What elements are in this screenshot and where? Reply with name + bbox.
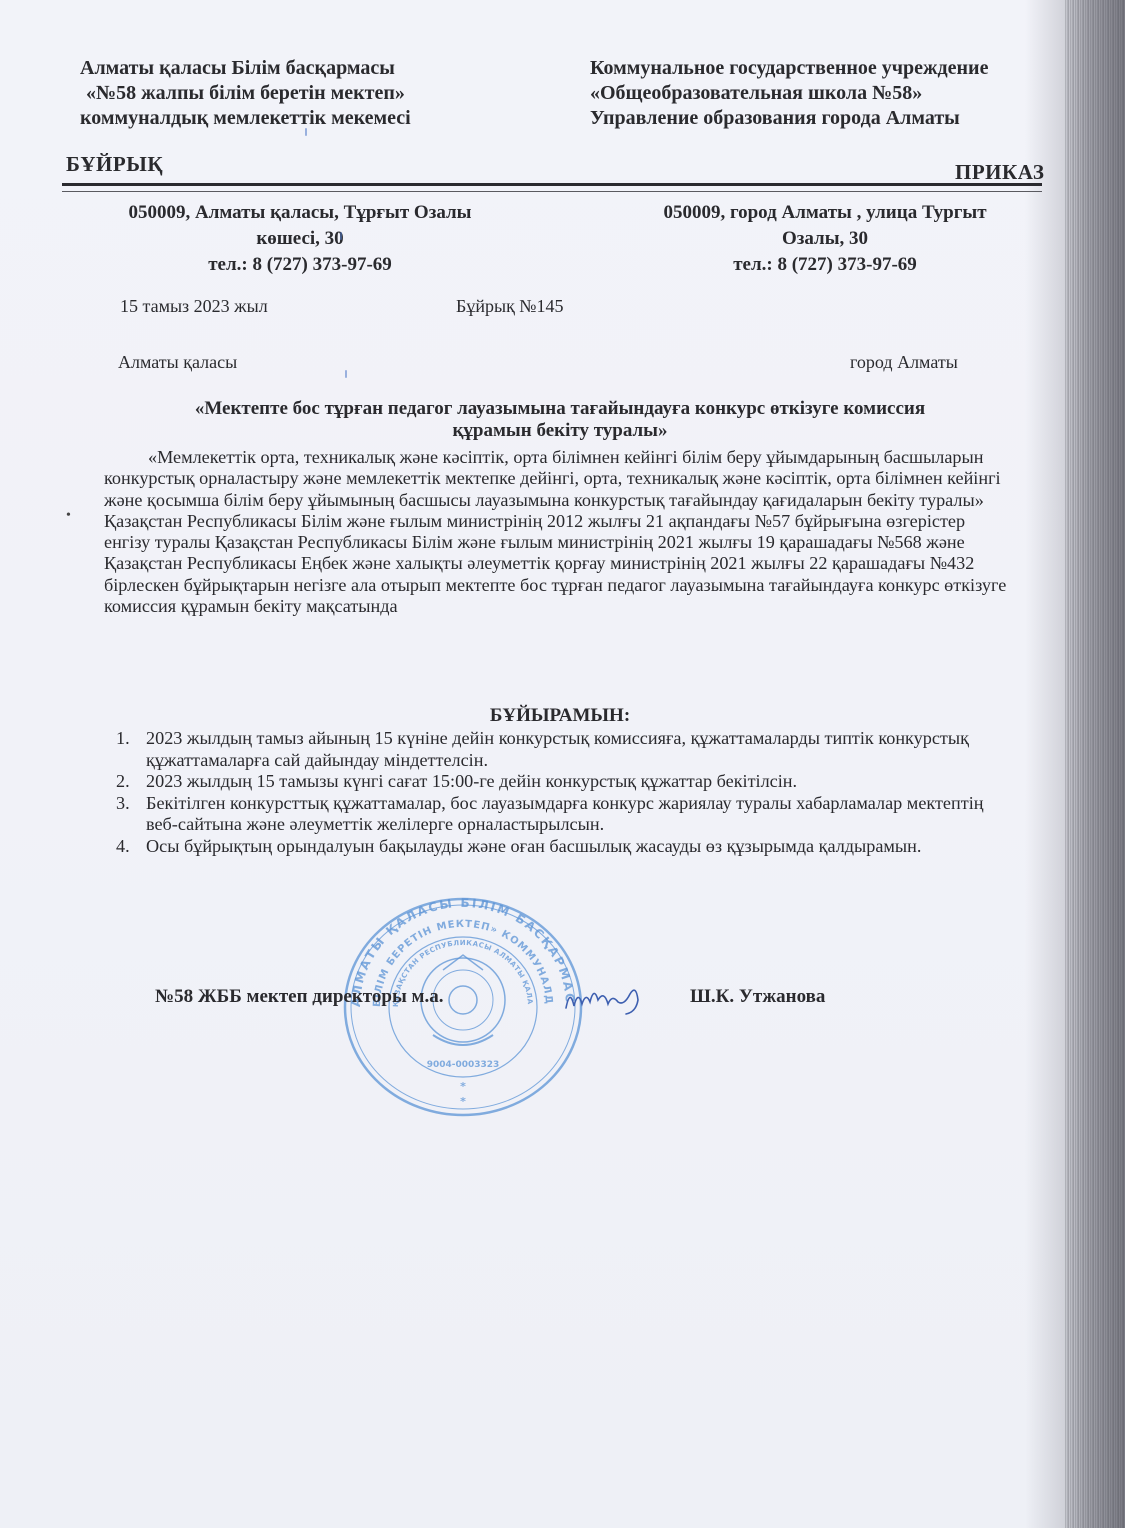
decree-item: 4. Осы бұйрықтың орындалуын бақылауды жә… (110, 836, 1010, 858)
address-line: тел.: 8 (727) 373-97-69 (75, 252, 525, 278)
address-line: 050009, город Алматы , улица Тургыт (605, 200, 1045, 226)
scan-mark: • (66, 508, 71, 524)
item-number: 3. (116, 793, 130, 815)
order-title: «Мектепте бос тұрған педагог лауазымына … (110, 398, 1010, 442)
scan-speck (305, 128, 307, 136)
item-number: 1. (116, 728, 130, 750)
signatory-name: Ш.К. Утжанова (690, 986, 825, 1008)
item-text: 2023 жылдың 15 тамызы күнгі сағат 15:00-… (146, 771, 797, 791)
header-left-kz: Алматы қаласы Білім басқармасы «№58 жалп… (80, 56, 540, 131)
svg-text:9004-0003323: 9004-0003323 (427, 1060, 500, 1070)
header-left-line: коммуналдық мемлекеттік мекемесі (80, 106, 540, 131)
signatory-title: №58 ЖББ мектеп директоры м.а. (155, 986, 443, 1008)
item-number: 4. (116, 836, 130, 858)
order-label-kz: БҰЙРЫҚ (66, 152, 163, 177)
decree-item: 2. 2023 жылдың 15 тамызы күнгі сағат 15:… (110, 771, 1010, 793)
item-number: 2. (116, 771, 130, 793)
scan-speck (345, 370, 347, 378)
decree-item: 3. Бекітілген конкурсттық құжаттамалар, … (110, 793, 1010, 836)
order-date: 15 тамыз 2023 жыл (120, 296, 268, 317)
order-label-ru: ПРИКАЗ (955, 160, 1044, 185)
item-text: Бекітілген конкурсттық құжаттамалар, бос… (146, 793, 983, 835)
address-ru: 050009, город Алматы , улица Тургыт Озал… (605, 200, 1045, 278)
scan-edge-artifact (1065, 0, 1125, 1528)
address-kz: 050009, Алматы қаласы, Тұрғыт Озалы көше… (75, 200, 525, 278)
preamble-paragraph: «Мемлекеттік орта, техникалық және кәсіп… (104, 447, 1012, 617)
item-text: Осы бұйрықтың орындалуын бақылауды және … (146, 836, 921, 856)
decree-items: 1. 2023 жылдың тамыз айының 15 күніне де… (110, 728, 1010, 857)
city-ru: город Алматы (850, 352, 958, 373)
title-line: құрамын бекіту туралы» (110, 420, 1010, 442)
address-line: тел.: 8 (727) 373-97-69 (605, 252, 1045, 278)
header-left-line: Алматы қаласы Білім басқармасы (80, 56, 540, 81)
decree-item: 1. 2023 жылдың тамыз айының 15 күніне де… (110, 728, 1010, 771)
address-line: Озалы, 30 (605, 226, 1045, 252)
item-text: 2023 жылдың тамыз айының 15 күніне дейін… (146, 728, 969, 770)
handwritten-signature-icon (560, 980, 650, 1020)
svg-text:*: * (460, 1095, 466, 1108)
address-line: көшесі, 30 (75, 226, 525, 252)
header-left-line: «№58 жалпы білім беретін мектеп» (80, 81, 540, 106)
header-right-line: «Общеобразовательная школа №58» (590, 81, 1050, 106)
header-right-line: Управление образования города Алматы (590, 106, 1050, 131)
decree-heading: БҰЙЫРАМЫН: (100, 705, 1020, 727)
svg-text:*: * (460, 1080, 466, 1093)
header-divider (62, 183, 1042, 192)
header-right-line: Коммунальное государственное учреждение (590, 56, 1050, 81)
city-kz: Алматы қаласы (118, 352, 237, 373)
address-line: 050009, Алматы қаласы, Тұрғыт Озалы (75, 200, 525, 226)
scan-speck (340, 232, 342, 240)
title-line: «Мектепте бос тұрған педагог лауазымына … (110, 398, 1010, 420)
header-right-ru: Коммунальное государственное учреждение … (590, 56, 1050, 131)
order-number: Бұйрық №145 (456, 296, 563, 317)
document-page: Алматы қаласы Білім басқармасы «№58 жалп… (0, 0, 1125, 1528)
